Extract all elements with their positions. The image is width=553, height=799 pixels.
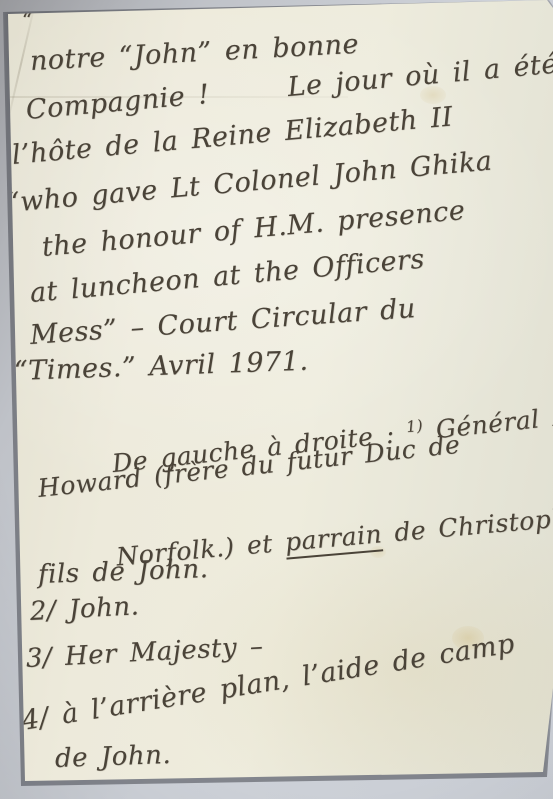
line11-underlined-word: parrain bbox=[284, 519, 384, 559]
handwritten-line-8: “Times.” Avril 1971. bbox=[13, 346, 308, 387]
handwritten-line-13: 2/ John. bbox=[29, 591, 140, 627]
note-paper: “ notre “John” en bonne Compagnie ! Le j… bbox=[0, 0, 553, 799]
handwritten-line-12: fils de John. bbox=[37, 554, 208, 590]
photo-backdrop: “ notre “John” en bonne Compagnie ! Le j… bbox=[0, 0, 553, 799]
line11-suffix: de Christophe bbox=[381, 502, 553, 548]
handwritten-line-16: de John. bbox=[54, 740, 171, 774]
handwritten-line-14: 3/ Her Majesty – bbox=[25, 632, 264, 674]
